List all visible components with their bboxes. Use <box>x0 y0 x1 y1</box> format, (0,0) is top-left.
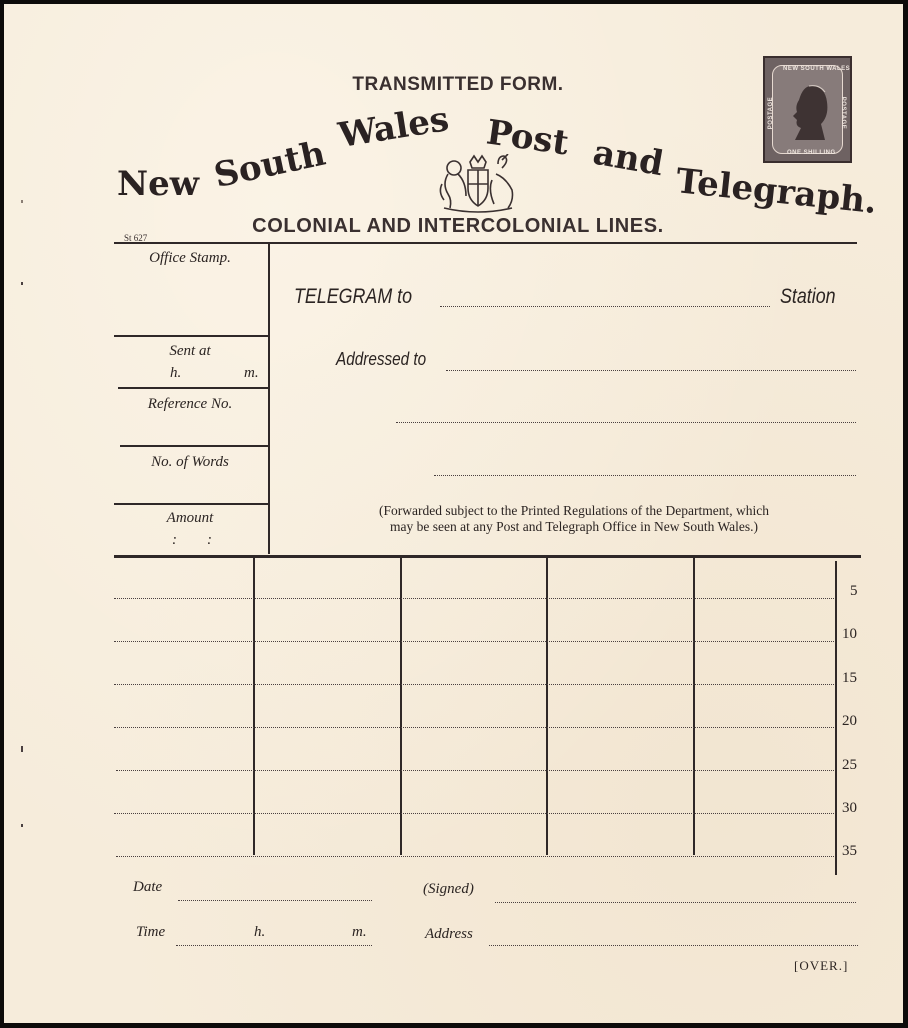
signed-field[interactable] <box>495 902 856 903</box>
rule <box>114 335 268 337</box>
word-row-3[interactable] <box>114 684 834 685</box>
date-field[interactable] <box>178 900 372 901</box>
notice-line-1: (Forwarded subject to the Printed Regula… <box>274 503 874 519</box>
word-row-5[interactable] <box>116 770 834 771</box>
stamp-left-text: POSTAGE <box>768 97 774 129</box>
time-field[interactable] <box>176 945 372 946</box>
top-rule <box>114 242 857 244</box>
row-count: 25 <box>842 757 857 774</box>
grid-col-divider <box>546 557 548 855</box>
telegram-form: TRANSMITTED FORM. New South Wales Post a… <box>4 4 903 1023</box>
no-of-words-field[interactable] <box>114 474 266 502</box>
address-field[interactable] <box>489 945 858 946</box>
addressed-to-line-1[interactable] <box>446 370 856 371</box>
rule <box>120 445 268 447</box>
grid-col-divider <box>400 557 402 855</box>
time-hours-label: h. <box>254 924 265 941</box>
row-count: 10 <box>842 626 857 643</box>
title-word-telegraph: Telegraph. <box>674 161 879 222</box>
word-row-4[interactable] <box>114 727 834 728</box>
word-row-7[interactable] <box>116 856 834 857</box>
rule <box>114 503 268 505</box>
row-count: 5 <box>850 583 858 600</box>
margin-mark <box>21 746 23 752</box>
grid-col-divider <box>693 557 695 855</box>
sent-at-hours-label: h. <box>170 365 181 382</box>
word-row-6[interactable] <box>114 813 834 814</box>
date-label: Date <box>133 879 162 896</box>
word-row-1[interactable] <box>114 598 834 599</box>
left-panel-divider <box>268 244 270 554</box>
signed-label: (Signed) <box>423 881 474 898</box>
row-count: 15 <box>842 670 857 687</box>
reference-no-field[interactable] <box>114 416 266 444</box>
stamp-top-text: NEW SOUTH WALES <box>783 66 850 72</box>
title-word-south: South <box>211 134 329 196</box>
title-word-and: and <box>590 133 666 185</box>
margin-mark <box>21 200 23 203</box>
telegram-to-station-field[interactable] <box>440 306 770 307</box>
postage-stamp: NEW SOUTH WALES ONE SHILLING POSTAGE POS… <box>763 56 852 163</box>
telegram-to-label: TELEGRAM to <box>294 285 412 309</box>
over-note: [OVER.] <box>794 958 848 974</box>
sent-at-label: Sent at <box>114 343 266 360</box>
addressed-to-line-2[interactable] <box>396 422 856 423</box>
addressed-to-line-3[interactable] <box>434 475 856 476</box>
address-label: Address <box>425 926 473 943</box>
time-minutes-label: m. <box>352 924 367 941</box>
station-label: Station <box>780 285 836 309</box>
grid-count-divider <box>835 561 837 875</box>
grid-top-rule <box>114 555 861 558</box>
stamp-bottom-text: ONE SHILLING <box>787 150 836 156</box>
office-stamp-field[interactable] <box>114 270 266 334</box>
queen-profile-icon <box>785 80 833 149</box>
stamp-right-text: POSTAGE <box>840 97 846 129</box>
grid-col-divider <box>253 557 255 855</box>
row-count: 35 <box>842 843 857 860</box>
time-label: Time <box>136 924 165 941</box>
office-stamp-label: Office Stamp. <box>114 250 266 267</box>
title-word-new: New <box>117 164 199 204</box>
amount-field[interactable]: : : <box>172 532 212 549</box>
regulations-notice: (Forwarded subject to the Printed Regula… <box>274 503 874 535</box>
row-count: 30 <box>842 800 857 817</box>
margin-mark <box>21 282 23 285</box>
row-count: 20 <box>842 713 857 730</box>
coat-of-arms-icon <box>436 154 520 214</box>
reference-no-label: Reference No. <box>114 396 266 413</box>
sent-at-minutes-label: m. <box>244 365 259 382</box>
rule <box>118 387 268 389</box>
margin-mark <box>21 824 23 827</box>
no-of-words-label: No. of Words <box>114 454 266 471</box>
word-row-2[interactable] <box>114 641 834 642</box>
title-word-wales: Wales <box>336 99 452 156</box>
notice-line-2: may be seen at any Post and Telegraph Of… <box>274 519 874 535</box>
amount-label: Amount <box>114 510 266 527</box>
addressed-to-label: Addressed to <box>336 349 426 370</box>
